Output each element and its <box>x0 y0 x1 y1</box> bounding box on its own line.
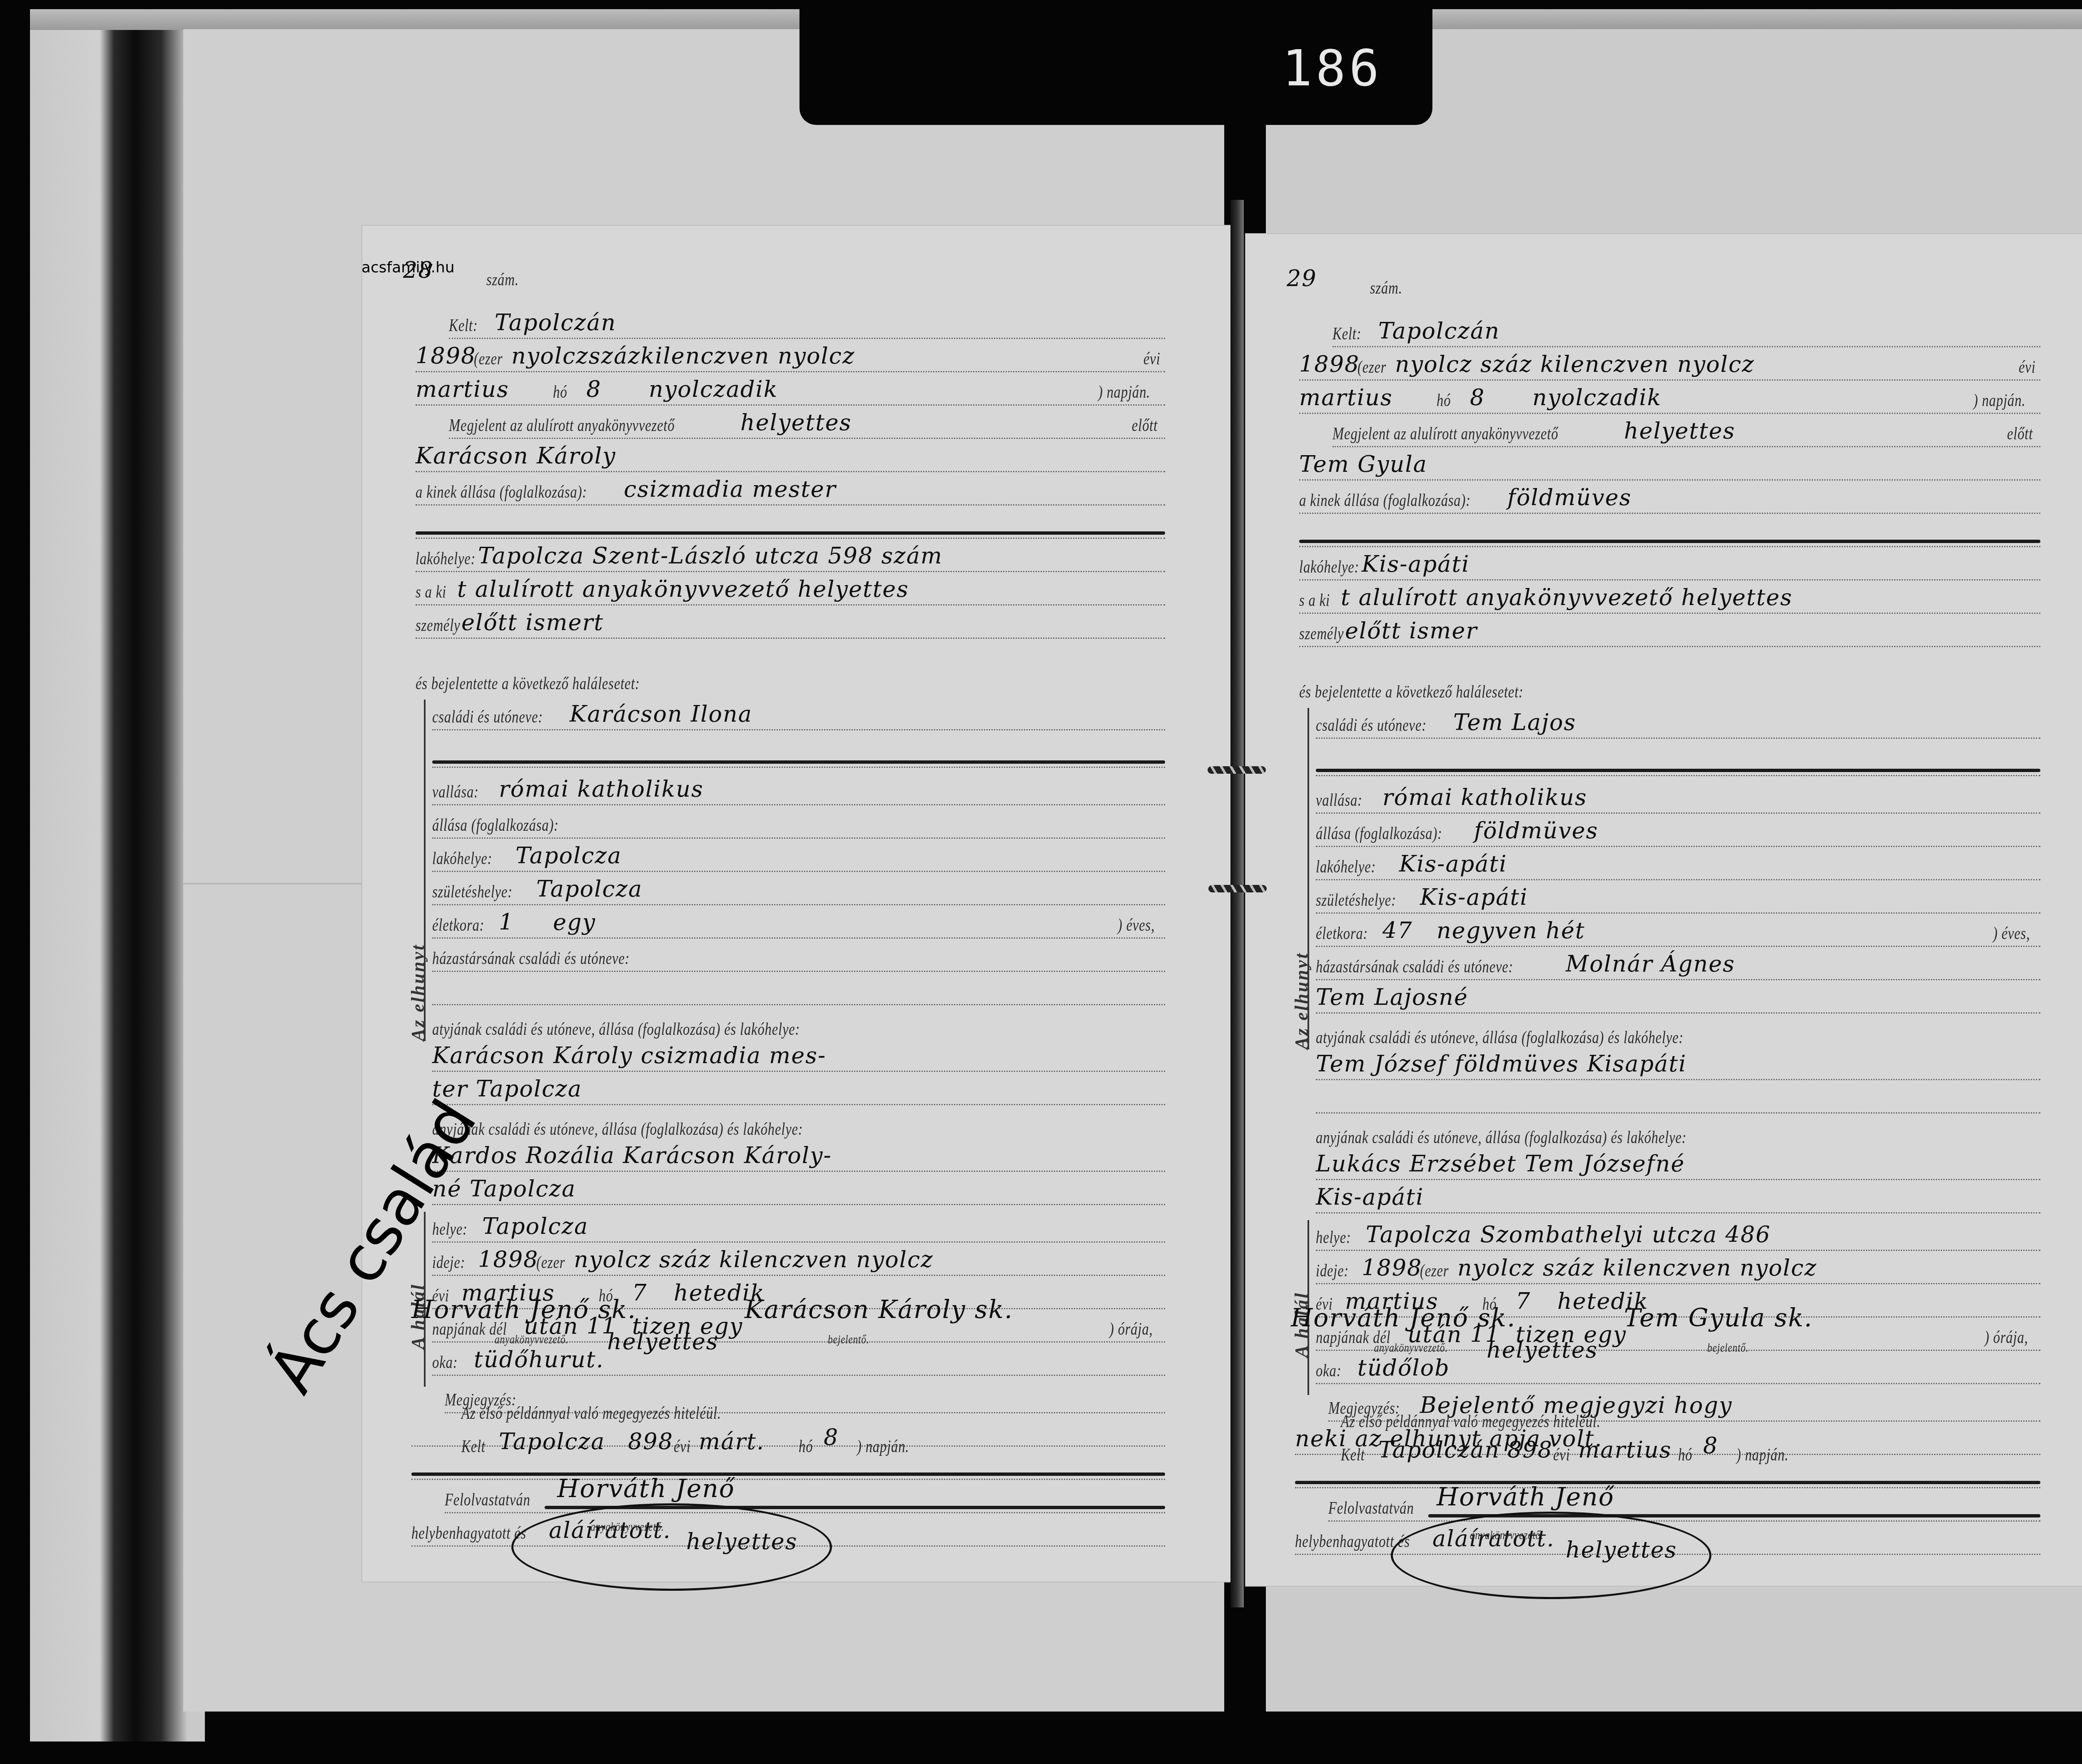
known-by-2: előtt ismer <box>1345 618 1477 644</box>
label-cause: oka: <box>432 1353 458 1373</box>
year-words: nyolcz száz kilenczven nyolcz <box>1395 351 1755 377</box>
cause-of-death: tüdőhurut. <box>474 1346 604 1373</box>
label-informant-residence: lakóhelye: <box>1299 557 1359 577</box>
label-oraja: ) órája, <box>1985 1328 2028 1348</box>
age: 1 <box>499 909 514 935</box>
religion: római katholikus <box>1382 784 1587 810</box>
label-ezer-2: (ezer <box>1420 1261 1449 1281</box>
frame-counter-panel: 186 <box>799 0 1432 125</box>
cause-of-death: tüdőlob <box>1357 1355 1450 1381</box>
label-helybenhagyatott: helybenhagyatott és <box>411 1523 526 1543</box>
label-napjan: ) napján. <box>1973 391 2025 411</box>
day: 8 <box>1470 384 1485 411</box>
label-eves: ) éves, <box>1993 924 2030 944</box>
father: Karácson Károly csizmadia mes- <box>432 1042 826 1069</box>
label-bejelentette: és bejelentette a következő halálesetet: <box>416 674 640 694</box>
label-death-time: ideje: <box>1316 1261 1349 1281</box>
label-elott: előtt <box>1132 416 1158 436</box>
register-page-right: 29 szám. Kelt: Tapolczán 1898 (ezer nyol… <box>1245 233 2082 1587</box>
label-ezer-2: (ezer <box>536 1253 565 1273</box>
known-by: t alulírott anyakönyvvezető helyettes <box>1341 584 1793 610</box>
day-words: nyolczadik <box>1532 384 1662 411</box>
record-number: 29 <box>1287 265 1317 292</box>
registrar-signature: Horváth Jenő sk. <box>411 1295 636 1324</box>
label-deceased-name: családi és utóneve: <box>432 707 543 727</box>
copy-month: martius <box>1578 1437 1672 1463</box>
death-place: Tapolcza Szombathelyi utcza 486 <box>1366 1221 1771 1248</box>
label-residence: lakóhelye: <box>1316 857 1376 877</box>
label-death-place: helye: <box>1316 1228 1351 1248</box>
label-ho: hó <box>1437 391 1451 411</box>
copy-year: 898 <box>628 1428 673 1455</box>
label-evi: évi <box>1143 349 1161 369</box>
label-birthplace: születéshelye: <box>432 882 513 902</box>
label-evi-copy: évi <box>674 1437 691 1457</box>
year-words: nyolczszázkilenczven nyolcz <box>511 343 855 369</box>
label-kelt-copy: Kelt <box>1341 1445 1365 1465</box>
spouse: Molnár Ágnes <box>1566 951 1735 977</box>
registrar-signature: Horváth Jenő sk. <box>1291 1303 1516 1333</box>
label-oraja: ) órája, <box>1109 1319 1153 1339</box>
label-hitelul: Az első példánnyal való megegyezés hitel… <box>461 1403 721 1423</box>
spouse-2: Tem Lajosné <box>1316 984 1468 1010</box>
residence: Tapolcza <box>516 842 622 869</box>
copy-day: 8 <box>824 1424 839 1450</box>
label-age: életkora: <box>432 915 484 935</box>
kelt-place: Tapolczán <box>495 309 616 336</box>
binding-stitch <box>1208 885 1267 892</box>
label-bejelento: bejelentő. <box>1707 1341 1748 1355</box>
label-informant-residence: lakóhelye: <box>416 549 476 569</box>
label-s-a-ki: s a ki <box>1299 590 1330 610</box>
known-by: t alulírott anyakönyvvezető helyettes <box>457 576 909 602</box>
book-spine <box>1230 200 1244 1607</box>
religion: római katholikus <box>499 776 704 802</box>
copy-signature: Horváth Jenő <box>557 1474 735 1503</box>
copy-day: 8 <box>1703 1433 1718 1459</box>
mother: Kardos Rozália Karácson Károly- <box>432 1142 832 1169</box>
father-2: ter Tapolcza <box>432 1076 582 1102</box>
film-edge-left <box>30 9 205 1742</box>
register-page-left: 28 szám. Kelt: Tapolczán 1898 (ezer nyol… <box>361 225 1232 1582</box>
label-szam: szám. <box>486 270 519 290</box>
label-napjan-copy: ) napján. <box>857 1437 909 1457</box>
side-label-elhunyt: Az elhunyt <box>1291 952 1312 1049</box>
label-religion: vallása: <box>1316 790 1362 810</box>
death-year: 1898 <box>1362 1255 1422 1281</box>
label-death-place: helye: <box>432 1219 468 1239</box>
registrar-role: helyettes <box>740 409 852 436</box>
label-s-a-ki: s a ki <box>416 582 446 602</box>
label-age: életkora: <box>1316 924 1368 944</box>
label-occupation: állása (foglalkozása): <box>1316 824 1442 844</box>
label-father: atyjának családi és utóneve, állása (fog… <box>432 1019 800 1039</box>
age: 47 <box>1382 917 1413 944</box>
label-occupation: állása (foglalkozása): <box>432 815 559 835</box>
label-felolvastatvan: Felolvastatván <box>445 1490 530 1510</box>
registrar-role: helyettes <box>1624 418 1736 444</box>
label-megjelent: Megjelent az alulírott anyakönyvvezető <box>449 416 675 436</box>
label-kelt: Kelt: <box>449 316 478 336</box>
label-death-time: ideje: <box>432 1253 465 1273</box>
informant-occupation: csizmadia mester <box>624 476 837 502</box>
copy-month: márt. <box>699 1428 765 1455</box>
label-deceased-name: családi és utóneve: <box>1316 715 1427 735</box>
occupation: földmüves <box>1474 817 1599 844</box>
label-religion: vallása: <box>432 782 479 802</box>
day-words: nyolczadik <box>649 376 778 402</box>
side-label-elhunyt: Az elhunyt <box>407 944 428 1041</box>
binding-stitch <box>1208 766 1266 774</box>
known-by-2: előtt ismert <box>461 609 604 635</box>
label-birthplace: születéshelye: <box>1316 890 1396 910</box>
label-ho: hó <box>553 382 567 402</box>
label-informant-occupation: a kinek állása (foglalkozása): <box>416 482 587 502</box>
label-father: atyjának családi és utóneve, állása (fog… <box>1316 1028 1684 1048</box>
label-felolvastatvan: Felolvastatván <box>1328 1498 1414 1518</box>
watermark-url: acsfamily.hu <box>361 259 455 276</box>
frame-counter: 186 <box>1282 40 1382 97</box>
informant-name: Karácson Károly <box>416 443 616 469</box>
day: 8 <box>586 376 601 402</box>
mother: Lukács Erzsébet Tem Józsefné <box>1316 1151 1685 1177</box>
death-day: 7 <box>1516 1288 1531 1314</box>
age-words: egy <box>553 909 596 935</box>
label-spouse: házastársának családi és utóneve: <box>432 949 630 969</box>
month: martius <box>416 376 509 402</box>
copy-signature: Horváth Jenő <box>1437 1482 1614 1512</box>
month: martius <box>1299 384 1393 411</box>
label-kelt: Kelt: <box>1332 324 1361 344</box>
informant-occupation: földmüves <box>1507 484 1632 511</box>
label-szemely: személy <box>1299 624 1344 644</box>
label-megjelent: Megjelent az alulírott anyakönyvvezető <box>1332 424 1558 444</box>
kelt-place: Tapolczán <box>1378 318 1500 344</box>
label-bejelento: bejelentő. <box>828 1333 869 1347</box>
label-residence: lakóhelye: <box>432 849 492 869</box>
label-ho-copy: hó <box>799 1437 813 1457</box>
label-szemely: személy <box>416 615 460 635</box>
copy-year: 898 <box>1507 1437 1553 1463</box>
label-eves: ) éves, <box>1118 915 1155 935</box>
informant-signature: Tem Gyula sk. <box>1624 1303 1813 1333</box>
label-ho-copy: hó <box>1678 1445 1692 1465</box>
deceased-name: Tem Lajos <box>1453 709 1576 735</box>
residence: Kis-apáti <box>1399 851 1507 877</box>
registrar-signature-role: helyettes <box>1487 1337 1598 1363</box>
label-kelt-copy: Kelt <box>461 1437 486 1457</box>
label-hitelul: Az első példánnyal való megegyezés hitel… <box>1341 1412 1601 1432</box>
registrar-signature-role: helyettes <box>607 1328 719 1355</box>
label-mother: anyjának családi és utóneve, állása (fog… <box>1316 1128 1687 1148</box>
age-words: negyven hét <box>1437 917 1585 944</box>
year: 1898 <box>416 343 476 369</box>
informant-residence: Tapolcza Szent-László utcza 598 szám <box>478 543 943 569</box>
copy-place: Tapolczán <box>1378 1437 1500 1463</box>
label-napjan-copy: ) napján. <box>1736 1445 1788 1465</box>
death-year-words: nyolcz száz kilenczven nyolcz <box>574 1246 934 1273</box>
label-elott: előtt <box>2007 424 2033 444</box>
label-informant-occupation: a kinek állása (foglalkozása): <box>1299 491 1471 511</box>
informant-residence: Kis-apáti <box>1362 551 1470 577</box>
father: Tem József földmüves Kisapáti <box>1316 1051 1687 1077</box>
mother-2: Kis-apáti <box>1316 1184 1424 1210</box>
label-ezer: (ezer <box>474 349 503 369</box>
label-spouse: házastársának családi és utóneve: <box>1316 957 1513 977</box>
label-cause: oka: <box>1316 1361 1341 1381</box>
birthplace: Kis-apáti <box>1420 884 1528 910</box>
informant-signature: Karácson Károly sk. <box>745 1295 1013 1324</box>
label-registrar: anyakönyvvezető. <box>495 1333 568 1347</box>
birthplace: Tapolcza <box>536 876 643 902</box>
year: 1898 <box>1299 351 1360 377</box>
label-bejelentette: és bejelentette a következő halálesetet: <box>1299 682 1524 702</box>
label-napjan: ) napján. <box>1098 382 1150 402</box>
label-evi-copy: évi <box>1553 1445 1570 1465</box>
death-year: 1898 <box>478 1246 538 1273</box>
death-year-words: nyolcz száz kilenczven nyolcz <box>1457 1255 1817 1281</box>
copy-place: Tapolcza <box>499 1428 605 1455</box>
label-ezer: (ezer <box>1357 357 1386 377</box>
informant-name: Tem Gyula <box>1299 451 1427 477</box>
label-evi: évi <box>2019 357 2036 377</box>
label-szam: szám. <box>1370 278 1402 298</box>
death-place: Tapolcza <box>482 1213 588 1239</box>
deceased-name: Karácson Ilona <box>570 701 752 727</box>
label-registrar: anyakönyvvezető. <box>1374 1341 1448 1355</box>
